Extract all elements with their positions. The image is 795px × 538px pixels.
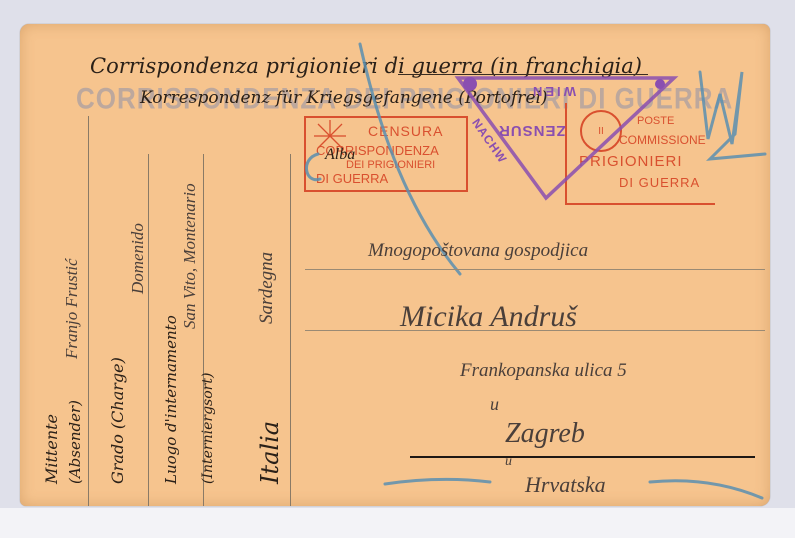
hw-recipient-city: Zagreb (505, 418, 585, 450)
postcard: CORRISPONDENZA DEI PRIGIONIERI DI GUERRA… (20, 24, 770, 506)
label-grado: Grado (Charge) (108, 357, 127, 484)
label-absender: (Absender) (66, 400, 84, 484)
hw-note: Alba (325, 146, 355, 164)
form-line-2 (148, 154, 149, 506)
hw-recipient-country: Hrvatska (525, 472, 606, 498)
hw-salutation: Mnogopoštovana gospodjica (368, 240, 588, 262)
hw-country-prefix: u (505, 454, 512, 470)
hw-city-prefix: u (490, 394, 499, 415)
hw-recipient-name: Micika Andruš (400, 300, 577, 334)
label-italia: Italia (256, 421, 284, 484)
hw-sender-region: Sardegna (256, 252, 278, 324)
form-line-1 (88, 116, 89, 506)
form-line-4 (290, 154, 291, 506)
hw-sender-place: San Vito, Montenario (180, 183, 200, 329)
label-luogo: Luogo d'internamento (162, 315, 180, 484)
address-line-final (410, 456, 755, 458)
scan-background-strip (0, 508, 795, 538)
label-interniergsort: (Interniergsort) (200, 373, 216, 484)
hw-sender-rank: Domenido (128, 223, 148, 294)
label-mittente: Mittente (42, 414, 61, 484)
hw-recipient-street: Frankopanska ulica 5 (460, 360, 627, 382)
address-line-1 (305, 269, 765, 270)
hw-sender-name: Franjo Frustić (62, 258, 82, 359)
